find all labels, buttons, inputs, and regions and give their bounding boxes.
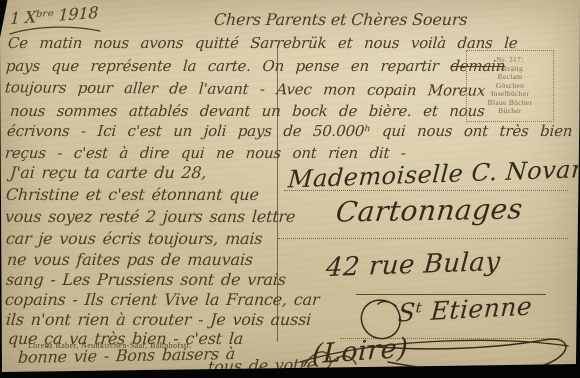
message-line: ils n'ont rien à crouter - Je vois aussi	[5, 310, 311, 329]
message-line: reçus - c'est à dire qui ne nous ont rie…	[4, 144, 406, 162]
address-department: (Loire)	[311, 333, 409, 371]
address-city: Sᵗ Etienne	[397, 291, 533, 327]
message-line: vous soyez resté 2 jours sans lettre	[4, 207, 296, 226]
stamp-box-text: Bücher	[498, 107, 521, 116]
message-line: Ce matin nous avons quitté Sarrebrük et …	[7, 34, 518, 52]
message-line: nous sommes attablés devant un bock de b…	[9, 102, 485, 120]
date: 1 Xᵇʳᵉ 1918	[10, 3, 99, 28]
stamp-box: Nr. 317: vorrätig Reclam Göschen Inselbü…	[466, 50, 554, 122]
message-line: copains - Ils crient Vive la France, car	[4, 290, 320, 309]
message-line: ne vous faites pas de mauvais	[6, 250, 253, 269]
message-line: car je vous écris toujours, mais	[5, 229, 263, 248]
address-company: Cartonnages	[334, 192, 524, 228]
publisher-imprint: Lorenz Raber, Neunkirchen-Saar, Bahnhofs…	[28, 341, 192, 350]
salutation: Chers Parents et Chères Soeurs	[213, 10, 468, 29]
message-line: J'ai reçu ta carte du 28,	[9, 163, 207, 182]
message-line: Christine et c'est étonnant que	[5, 185, 259, 204]
message-line: pays que représente la carte. On pense e…	[5, 57, 505, 75]
address-rule-line	[278, 238, 568, 239]
closing-line: tous de votre	[207, 355, 316, 377]
address-rule-line	[284, 190, 568, 191]
postcard-divider-line	[277, 46, 278, 342]
address-street: 42 rue Bulay	[325, 247, 502, 283]
message-line: toujours pour aller de l'avant - Avec mo…	[4, 78, 486, 99]
message-line: sang - Les Prussiens sont de vrais	[5, 270, 286, 289]
postcard-back: 1 Xᵇʳᵉ 1918 Chers Parents et Chères Soeu…	[0, 0, 580, 378]
message-line-text: pays que représente la carte. On pense e…	[5, 57, 451, 75]
message-line: écrivons - Ici c'est un joli pays de 50.…	[6, 122, 573, 140]
postcard-scan: 1 Xᵇʳᵉ 1918 Chers Parents et Chères Soeu…	[0, 0, 580, 378]
